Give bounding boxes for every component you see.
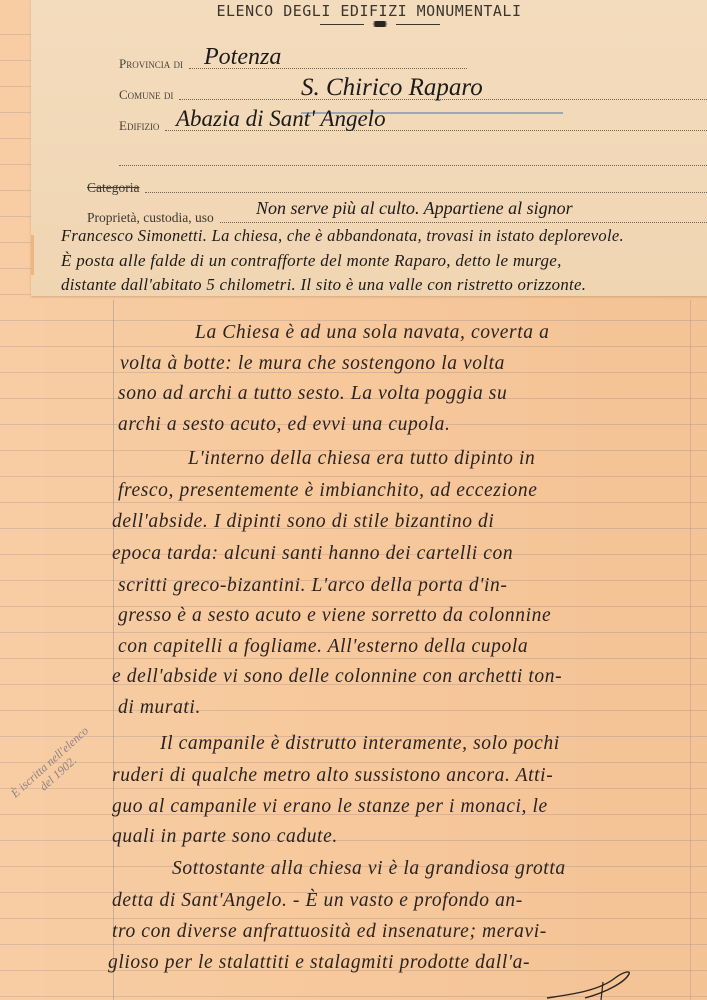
provincia-label: Provincia di bbox=[119, 56, 183, 72]
body-line: sono ad archi a tutto sesto. La volta po… bbox=[118, 383, 507, 405]
body-line: archi a sesto acuto, ed evvi una cupola. bbox=[118, 414, 451, 436]
categoria-label: Categoria bbox=[87, 180, 139, 196]
body-line: quali in parte sono cadute. bbox=[112, 826, 338, 848]
body-line: gresso è a sesto acuto e viene sorretto … bbox=[118, 605, 551, 627]
body-line: con capitelli a fogliame. All'esterno de… bbox=[118, 636, 528, 658]
body-line: Sottostante alla chiesa vi è la grandios… bbox=[172, 858, 566, 880]
proprieta-line-3: È posta alle falde di un contrafforte de… bbox=[61, 251, 562, 271]
title-ornament bbox=[320, 20, 440, 30]
body-line: dell'abside. I dipinti sono di stile biz… bbox=[112, 511, 494, 533]
body-line: tro con diverse anfrattuosità ed insenat… bbox=[112, 921, 547, 943]
comune-label: Comune di bbox=[119, 87, 173, 103]
body-line: e dell'abside vi sono delle colonnine co… bbox=[112, 666, 562, 688]
body-line: ruderi di qualche metro alto sussistono … bbox=[112, 765, 553, 787]
body-line: Il campanile è distrutto interamente, so… bbox=[160, 733, 560, 755]
proprieta-line-4: distante dall'abitato 5 chilometri. Il s… bbox=[61, 275, 586, 295]
body-line: scritti greco-bizantini. L'arco della po… bbox=[118, 575, 507, 597]
proprieta-line-2: Francesco Simonetti. La chiesa, che è ab… bbox=[61, 226, 624, 246]
provincia-field: Provincia di bbox=[119, 56, 467, 72]
body-line: guo al campanile vi erano le stanze per … bbox=[112, 796, 548, 818]
provincia-value: Potenza bbox=[204, 44, 281, 71]
proprieta-line-1: Non serve più al culto. Appartiene al si… bbox=[256, 198, 573, 219]
pen-flourish-icon bbox=[545, 968, 635, 1000]
proprieta-label: Proprietà, custodia, uso bbox=[87, 210, 214, 226]
body-line: fresco, presentemente è imbianchito, ad … bbox=[118, 480, 537, 502]
body-line: di murati. bbox=[118, 697, 201, 719]
categoria-field: Categoria bbox=[87, 180, 707, 196]
printed-form-card: ELENCO DEGLI EDIFIZI MONUMENTALI Provinc… bbox=[31, 0, 707, 296]
comune-value: S. Chirico Raparo bbox=[301, 74, 483, 102]
body-line: detta di Sant'Angelo. - È un vasto e pro… bbox=[112, 890, 523, 912]
body-line: L'interno della chiesa era tutto dipinto… bbox=[188, 448, 535, 470]
body-line: La Chiesa è ad una sola navata, coverta … bbox=[195, 322, 549, 344]
edifizio-value: Abazia di Sant' Angelo bbox=[176, 106, 386, 132]
body-line: volta à botte: le mura che sostengono la… bbox=[120, 353, 505, 375]
right-margin-rule bbox=[690, 300, 691, 1000]
body-line: epoca tarda: alcuni santi hanno dei cart… bbox=[112, 543, 513, 565]
edifizio-label: Edifizio bbox=[119, 118, 159, 134]
blank-dotted-line bbox=[119, 165, 707, 166]
body-line: glioso per le stalattiti e stalagmiti pr… bbox=[108, 952, 530, 974]
form-title: ELENCO DEGLI EDIFIZI MONUMENTALI bbox=[31, 2, 707, 20]
